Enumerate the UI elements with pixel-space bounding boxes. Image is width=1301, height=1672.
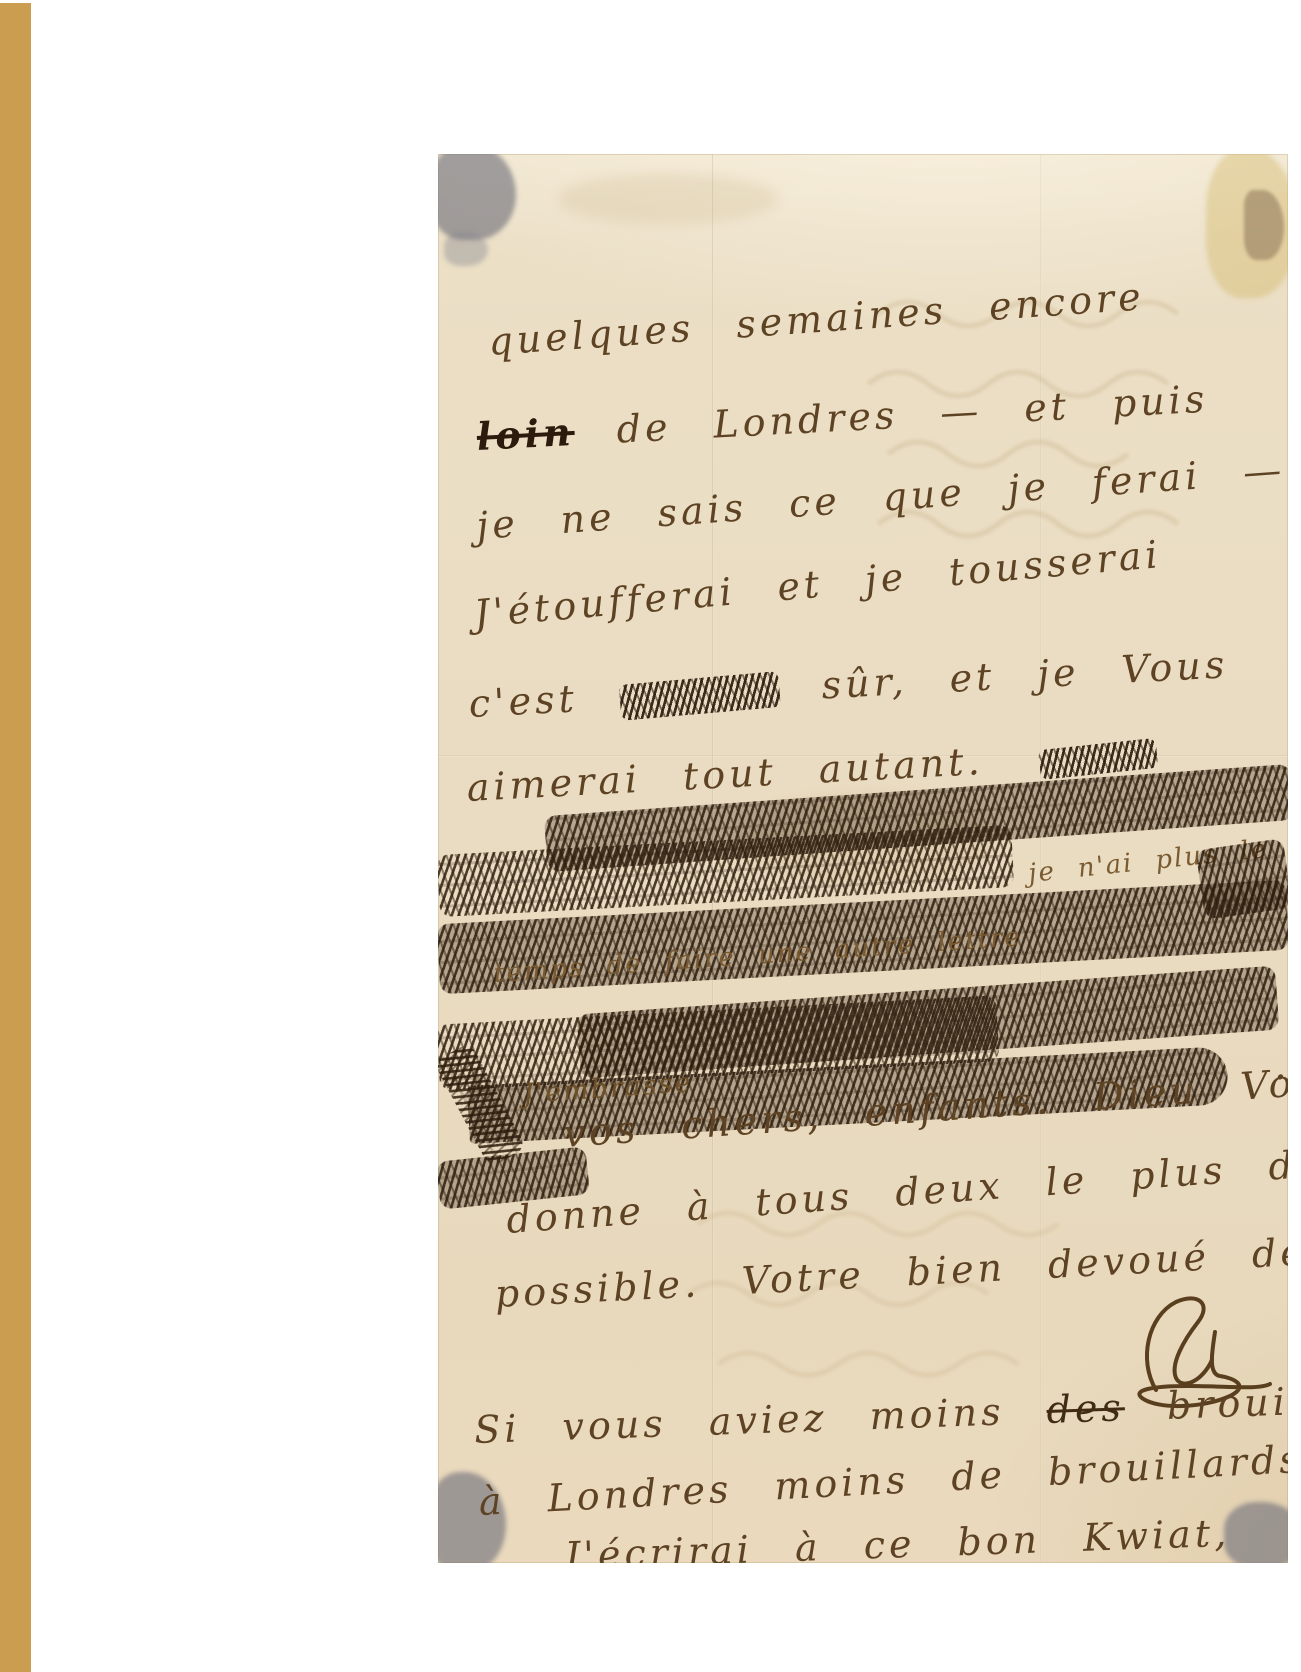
page: quelques semaines encore loin de Londres…: [0, 0, 1301, 1672]
letter-line-13-start: Si vous aviez moins: [473, 1390, 1005, 1452]
letter-photo: quelques semaines encore loin de Londres…: [438, 154, 1288, 1563]
paper-discoloration: [558, 174, 778, 224]
crossed-out-word-des: des: [1046, 1385, 1126, 1432]
letter-line-5-end: sûr, et je Vous: [820, 642, 1229, 707]
mount-corner-smudge-top-left: [438, 154, 516, 240]
letter-line-5: c'est sûr, et je Vous: [468, 644, 1229, 726]
crossed-out-word-loin: loin: [476, 409, 576, 459]
letter-line-15: J'écrirai à ce bon Kwiat,: [564, 1513, 1231, 1563]
obliterated-word: [619, 671, 782, 721]
mount-corner-smudge-top-left-2: [444, 232, 488, 266]
obliterated-word: [1038, 737, 1158, 779]
letter-line-13-end: brouillons: [1166, 1376, 1288, 1428]
mount-corner-smudge-bottom-right: [1224, 1502, 1288, 1563]
letter-line-4: J'étoufferai et je tousserai: [472, 534, 1163, 636]
letter-line-5-start: c'est: [468, 676, 579, 726]
accent-bar: [0, 3, 31, 1672]
